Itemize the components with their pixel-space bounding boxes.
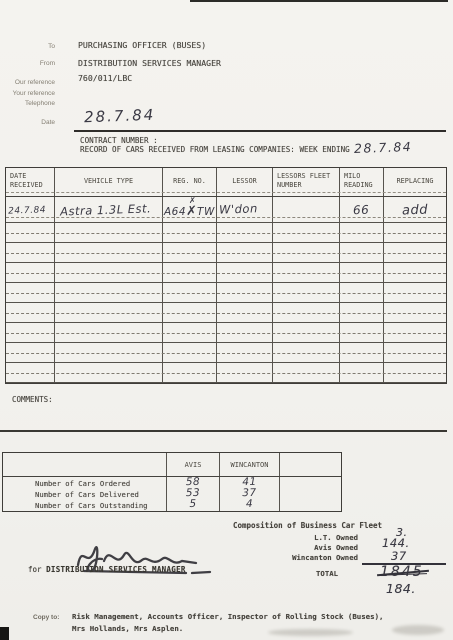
summary-header-wincanton: WINCANTON xyxy=(220,453,280,476)
header-vehicle-type: VEHICLE TYPE xyxy=(55,168,163,196)
summary-header-row: AVIS WINCANTON xyxy=(3,453,341,477)
empty-table-cell xyxy=(6,243,55,262)
empty-table-cell xyxy=(340,263,384,282)
header-replacing: REPLACING xyxy=(384,168,446,196)
reg-prefix: A64 xyxy=(164,206,186,218)
summary-header-blank xyxy=(3,453,167,476)
empty-table-cell xyxy=(384,263,446,282)
header-milo-reading: MILO READING xyxy=(340,168,384,196)
wincanton-owned-value: 37 xyxy=(391,549,407,563)
empty-table-cell xyxy=(163,263,217,282)
our-reference-value: 760/011/LBC xyxy=(78,73,132,83)
wincanton-values: 41 37 4 xyxy=(220,477,280,511)
empty-table-cell xyxy=(6,323,55,342)
empty-table-cell xyxy=(273,343,340,362)
scan-artifact-top-line xyxy=(190,0,448,2)
empty-table-cell xyxy=(217,323,273,342)
summary-body: Number of Cars Ordered Number of Cars De… xyxy=(3,477,341,511)
empty-table-cell xyxy=(163,303,217,322)
empty-table-cell xyxy=(273,243,340,262)
empty-table-cell xyxy=(6,343,55,362)
cars-received-table: DATE RECEIVED VEHICLE TYPE REG. NO. LESS… xyxy=(5,167,447,384)
cell-lessor: W'don xyxy=(217,197,273,222)
empty-table-cell xyxy=(217,363,273,382)
telephone-label: Telephone xyxy=(25,100,55,107)
contract-number-line: CONTRACT NUMBER : xyxy=(80,136,158,145)
empty-table-row xyxy=(6,363,446,383)
empty-table-cell xyxy=(384,363,446,382)
empty-table-cell xyxy=(55,363,163,382)
empty-table-cell xyxy=(163,223,217,242)
fleet-composition-block: Composition of Business Car Fleet L.T. O… xyxy=(228,519,450,599)
empty-table-cell xyxy=(273,363,340,382)
empty-table-row xyxy=(6,263,446,283)
empty-table-cell xyxy=(217,343,273,362)
empty-table-cell xyxy=(340,343,384,362)
copy-to-label: Copy to: xyxy=(33,614,59,621)
empty-table-cell xyxy=(55,283,163,302)
lt-owned-label: L.T. Owned xyxy=(314,533,358,542)
date-label: Date xyxy=(41,119,55,126)
record-title-line: RECORD OF CARS RECEIVED FROM LEASING COM… xyxy=(80,145,350,154)
scanned-memo-page: To PURCHASING OFFICER (BUSES) From DISTR… xyxy=(0,0,453,640)
empty-table-row xyxy=(6,243,446,263)
scan-artifact-corner-mark xyxy=(0,627,9,640)
empty-table-cell xyxy=(217,303,273,322)
fleet-composition-title: Composition of Business Car Fleet xyxy=(233,521,382,530)
empty-table-cell xyxy=(55,303,163,322)
week-ending-handwritten: 28.7.84 xyxy=(354,139,413,156)
empty-table-cell xyxy=(163,343,217,362)
total-struck-value: 1845 xyxy=(380,564,424,580)
cell-vehicle-type: Astra 1.3L Est. xyxy=(55,197,163,222)
comments-label: COMMENTS: xyxy=(12,395,53,404)
summary-header-blank2 xyxy=(280,453,341,476)
cars-table-empty-rows xyxy=(6,223,446,383)
empty-table-cell xyxy=(384,243,446,262)
cell-lessors-fleet-number xyxy=(273,197,340,222)
reg-suffix: TW xyxy=(197,206,215,218)
empty-table-cell xyxy=(163,363,217,382)
horizontal-divider xyxy=(0,430,447,432)
scribble-correction-mark: ✗✗ xyxy=(186,204,197,219)
signed-for-line: for DISTRIBUTION SERVICES MANAGER xyxy=(28,565,186,574)
header-reg-no: REG. NO. xyxy=(163,168,217,196)
empty-table-cell xyxy=(384,323,446,342)
empty-table-cell xyxy=(340,303,384,322)
summary-row-labels: Number of Cars Ordered Number of Cars De… xyxy=(3,477,167,511)
copy-to-line2: Mrs Hollands, Mrs Asplen. xyxy=(72,624,183,633)
from-value: DISTRIBUTION SERVICES MANAGER xyxy=(78,58,221,68)
empty-table-cell xyxy=(384,223,446,242)
empty-table-cell xyxy=(384,283,446,302)
scan-smudge xyxy=(268,629,353,636)
empty-table-cell xyxy=(340,363,384,382)
empty-table-cell xyxy=(273,223,340,242)
empty-table-cell xyxy=(273,283,340,302)
empty-table-cell xyxy=(384,303,446,322)
copy-to-line1: Risk Management, Accounts Officer, Inspe… xyxy=(72,612,383,621)
empty-table-cell xyxy=(163,243,217,262)
empty-table-cell xyxy=(273,263,340,282)
empty-table-cell xyxy=(55,243,163,262)
label-cars-outstanding: Number of Cars Outstanding xyxy=(35,501,166,512)
your-reference-label: Your reference xyxy=(13,90,55,97)
empty-table-cell xyxy=(6,263,55,282)
signed-for-title: DISTRIBUTION SERVICES MANAGER xyxy=(46,565,186,574)
empty-table-cell xyxy=(340,283,384,302)
label-cars-delivered: Number of Cars Delivered xyxy=(35,490,166,501)
cell-replacing: add xyxy=(384,197,446,222)
empty-table-cell xyxy=(55,323,163,342)
empty-table-cell xyxy=(340,323,384,342)
cars-table-entry-row: 24.7.84 Astra 1.3L Est. A64✗✗TW W'don 66… xyxy=(6,197,446,223)
empty-table-cell xyxy=(6,363,55,382)
empty-table-row xyxy=(6,303,446,323)
empty-table-row xyxy=(6,323,446,343)
empty-table-cell xyxy=(217,223,273,242)
empty-table-cell xyxy=(163,283,217,302)
empty-table-cell xyxy=(6,223,55,242)
empty-table-cell xyxy=(217,263,273,282)
total-label: TOTAL xyxy=(316,569,338,578)
wincanton-owned-label: Wincanton Owned xyxy=(292,553,358,562)
header-lessors-fleet-number: LESSORS FLEET NUMBER xyxy=(273,168,340,196)
empty-table-cell xyxy=(384,343,446,362)
for-label: for xyxy=(28,565,46,574)
summary-blank-column xyxy=(280,477,341,511)
empty-table-cell xyxy=(6,303,55,322)
header-date-received: DATE RECEIVED xyxy=(6,168,55,196)
empty-table-cell xyxy=(163,323,217,342)
scan-smudge xyxy=(392,625,444,635)
empty-table-cell xyxy=(55,343,163,362)
to-label: To xyxy=(48,43,55,50)
label-cars-ordered: Number of Cars Ordered xyxy=(35,479,166,490)
date-handwritten: 28.7.84 xyxy=(84,106,156,126)
empty-table-cell xyxy=(217,243,273,262)
empty-table-cell xyxy=(55,263,163,282)
cell-milo-reading: 66 xyxy=(340,197,384,222)
cell-date-received: 24.7.84 xyxy=(6,197,55,222)
date-underline xyxy=(74,130,446,132)
reg-no-handwriting: A64✗✗TW xyxy=(163,197,215,219)
to-value: PURCHASING OFFICER (BUSES) xyxy=(78,40,206,50)
avis-values: 58 53 5 xyxy=(167,477,220,511)
empty-table-row xyxy=(6,343,446,363)
summary-header-avis: AVIS xyxy=(167,453,220,476)
empty-table-cell xyxy=(340,243,384,262)
summary-table: AVIS WINCANTON Number of Cars Ordered Nu… xyxy=(2,452,342,512)
empty-table-cell xyxy=(340,223,384,242)
total-corrected-value: 184. xyxy=(386,581,416,596)
empty-table-row xyxy=(6,283,446,303)
avis-owned-value: 144. xyxy=(382,536,410,550)
our-reference-label: Our reference xyxy=(15,79,55,86)
avis-owned-label: Avis Owned xyxy=(314,543,358,552)
from-label: From xyxy=(40,60,55,67)
empty-table-cell xyxy=(6,283,55,302)
empty-table-cell xyxy=(273,323,340,342)
empty-table-cell xyxy=(55,223,163,242)
cars-table-header-row: DATE RECEIVED VEHICLE TYPE REG. NO. LESS… xyxy=(6,168,446,197)
cell-reg-no: A64✗✗TW xyxy=(163,197,217,222)
empty-table-cell xyxy=(217,283,273,302)
header-lessor: LESSOR xyxy=(217,168,273,196)
empty-table-row xyxy=(6,223,446,243)
empty-table-cell xyxy=(273,303,340,322)
